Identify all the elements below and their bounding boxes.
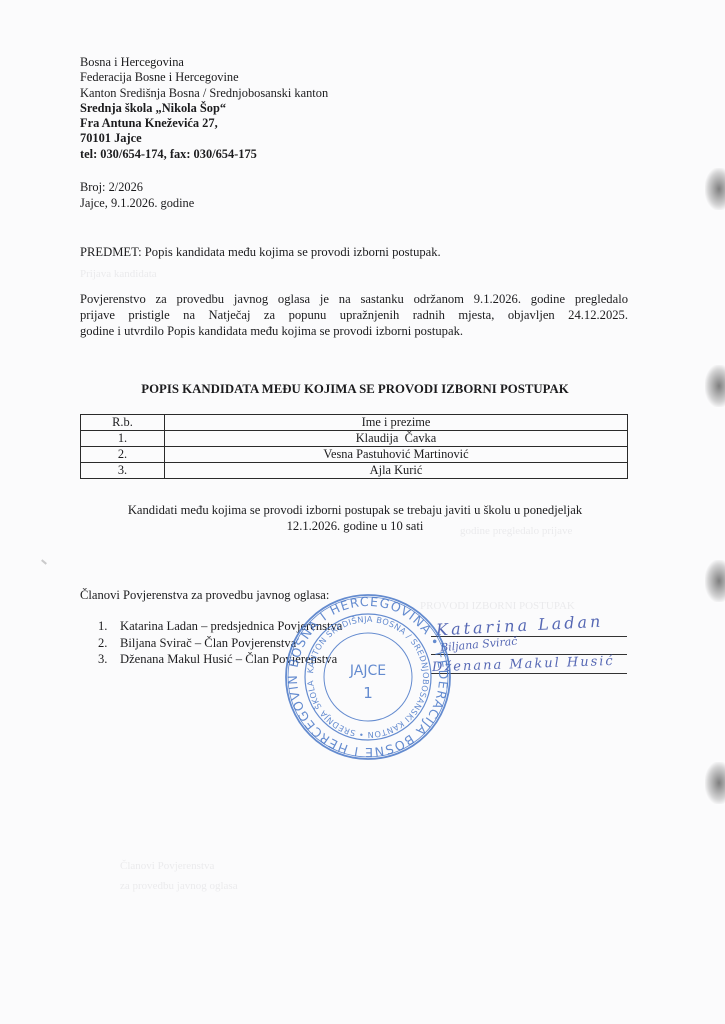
- letterhead-city: 70101 Jajce: [80, 131, 328, 146]
- signature-dzenana-makul-husic: Dženana Makul Husić: [432, 654, 615, 675]
- table-cell-number: 1.: [81, 431, 165, 447]
- list-title: POPIS KANDIDATA MEĐU KOJIMA SE PROVODI I…: [80, 382, 630, 397]
- table-cell-number: 3.: [81, 463, 165, 479]
- letterhead-contact: tel: 030/654-174, fax: 030/654-175: [80, 147, 328, 162]
- table-header-row: R.b. Ime i prezime: [81, 415, 628, 431]
- member-number: 2.: [98, 635, 120, 652]
- member-number: 3.: [98, 651, 120, 668]
- letterhead-school-name: Srednja škola „Nikola Šop“: [80, 101, 328, 116]
- body-line: godine i utvrdilo Popis kandidata među k…: [80, 323, 628, 339]
- scan-smudge: [705, 762, 725, 804]
- letterhead-canton: Kanton Središnja Bosna / Srednjobosanski…: [80, 86, 328, 101]
- notice-line: Kandidati među kojima se provodi izborni…: [80, 502, 630, 518]
- reference-block: Broj: 2/2026 Jajce, 9.1.2026. godine: [80, 180, 194, 211]
- bleed-through-text: Prijava kandidata: [80, 268, 157, 280]
- body-line: Povjerenstvo za provedbu javnog oglasa j…: [80, 291, 628, 307]
- official-stamp: BOSNA I HERCEGOVINA • FEDERACIJA BOSNE I…: [283, 592, 453, 762]
- scan-speck: [41, 559, 47, 564]
- notice-line: 12.1.2026. godine u 10 sati: [80, 518, 630, 534]
- table-header-number: R.b.: [81, 415, 165, 431]
- table-row: 3. Ajla Kurić: [81, 463, 628, 479]
- candidates-table: R.b. Ime i prezime 1. Klaudija Čavka 2. …: [80, 414, 628, 479]
- scan-smudge: [705, 365, 725, 407]
- scan-smudge: [705, 168, 725, 210]
- stamp-number: 1: [363, 684, 373, 702]
- member-text: Biljana Svirač – Član Povjerenstva: [120, 636, 296, 650]
- table-cell-name: Ajla Kurić: [165, 463, 628, 479]
- member-number: 1.: [98, 618, 120, 635]
- stamp-center-text: JAJCE: [349, 663, 386, 679]
- body-line: prijave pristigle na Natječaj za popunu …: [80, 307, 628, 323]
- table-cell-number: 2.: [81, 447, 165, 463]
- scanned-letter-page: Prijava kandidata PROVODI IZBORNI POSTUP…: [0, 0, 725, 1024]
- bleed-through-text: za provedbu javnog oglasa: [120, 880, 238, 892]
- table-cell-name: Vesna Pastuhović Martinović: [165, 447, 628, 463]
- letterhead-country: Bosna i Hercegovina: [80, 55, 328, 70]
- letterhead: Bosna i Hercegovina Federacija Bosne i H…: [80, 55, 328, 162]
- scan-smudge: [705, 560, 725, 602]
- letterhead-street: Fra Antuna Kneževića 27,: [80, 116, 328, 131]
- bleed-through-text: Članovi Povjerenstva: [120, 860, 214, 872]
- table-header-name: Ime i prezime: [165, 415, 628, 431]
- letterhead-federation: Federacija Bosne i Hercegovine: [80, 70, 328, 85]
- notice-paragraph: Kandidati među kojima se provodi izborni…: [80, 502, 630, 534]
- reference-place-date: Jajce, 9.1.2026. godine: [80, 196, 194, 212]
- subject-line: PREDMET: Popis kandidata među kojima se …: [80, 245, 441, 260]
- table-row: 1. Klaudija Čavka: [81, 431, 628, 447]
- body-paragraph: Povjerenstvo za provedbu javnog oglasa j…: [80, 291, 628, 339]
- reference-number: Broj: 2/2026: [80, 180, 194, 196]
- table-row: 2. Vesna Pastuhović Martinović: [81, 447, 628, 463]
- table-cell-name: Klaudija Čavka: [165, 431, 628, 447]
